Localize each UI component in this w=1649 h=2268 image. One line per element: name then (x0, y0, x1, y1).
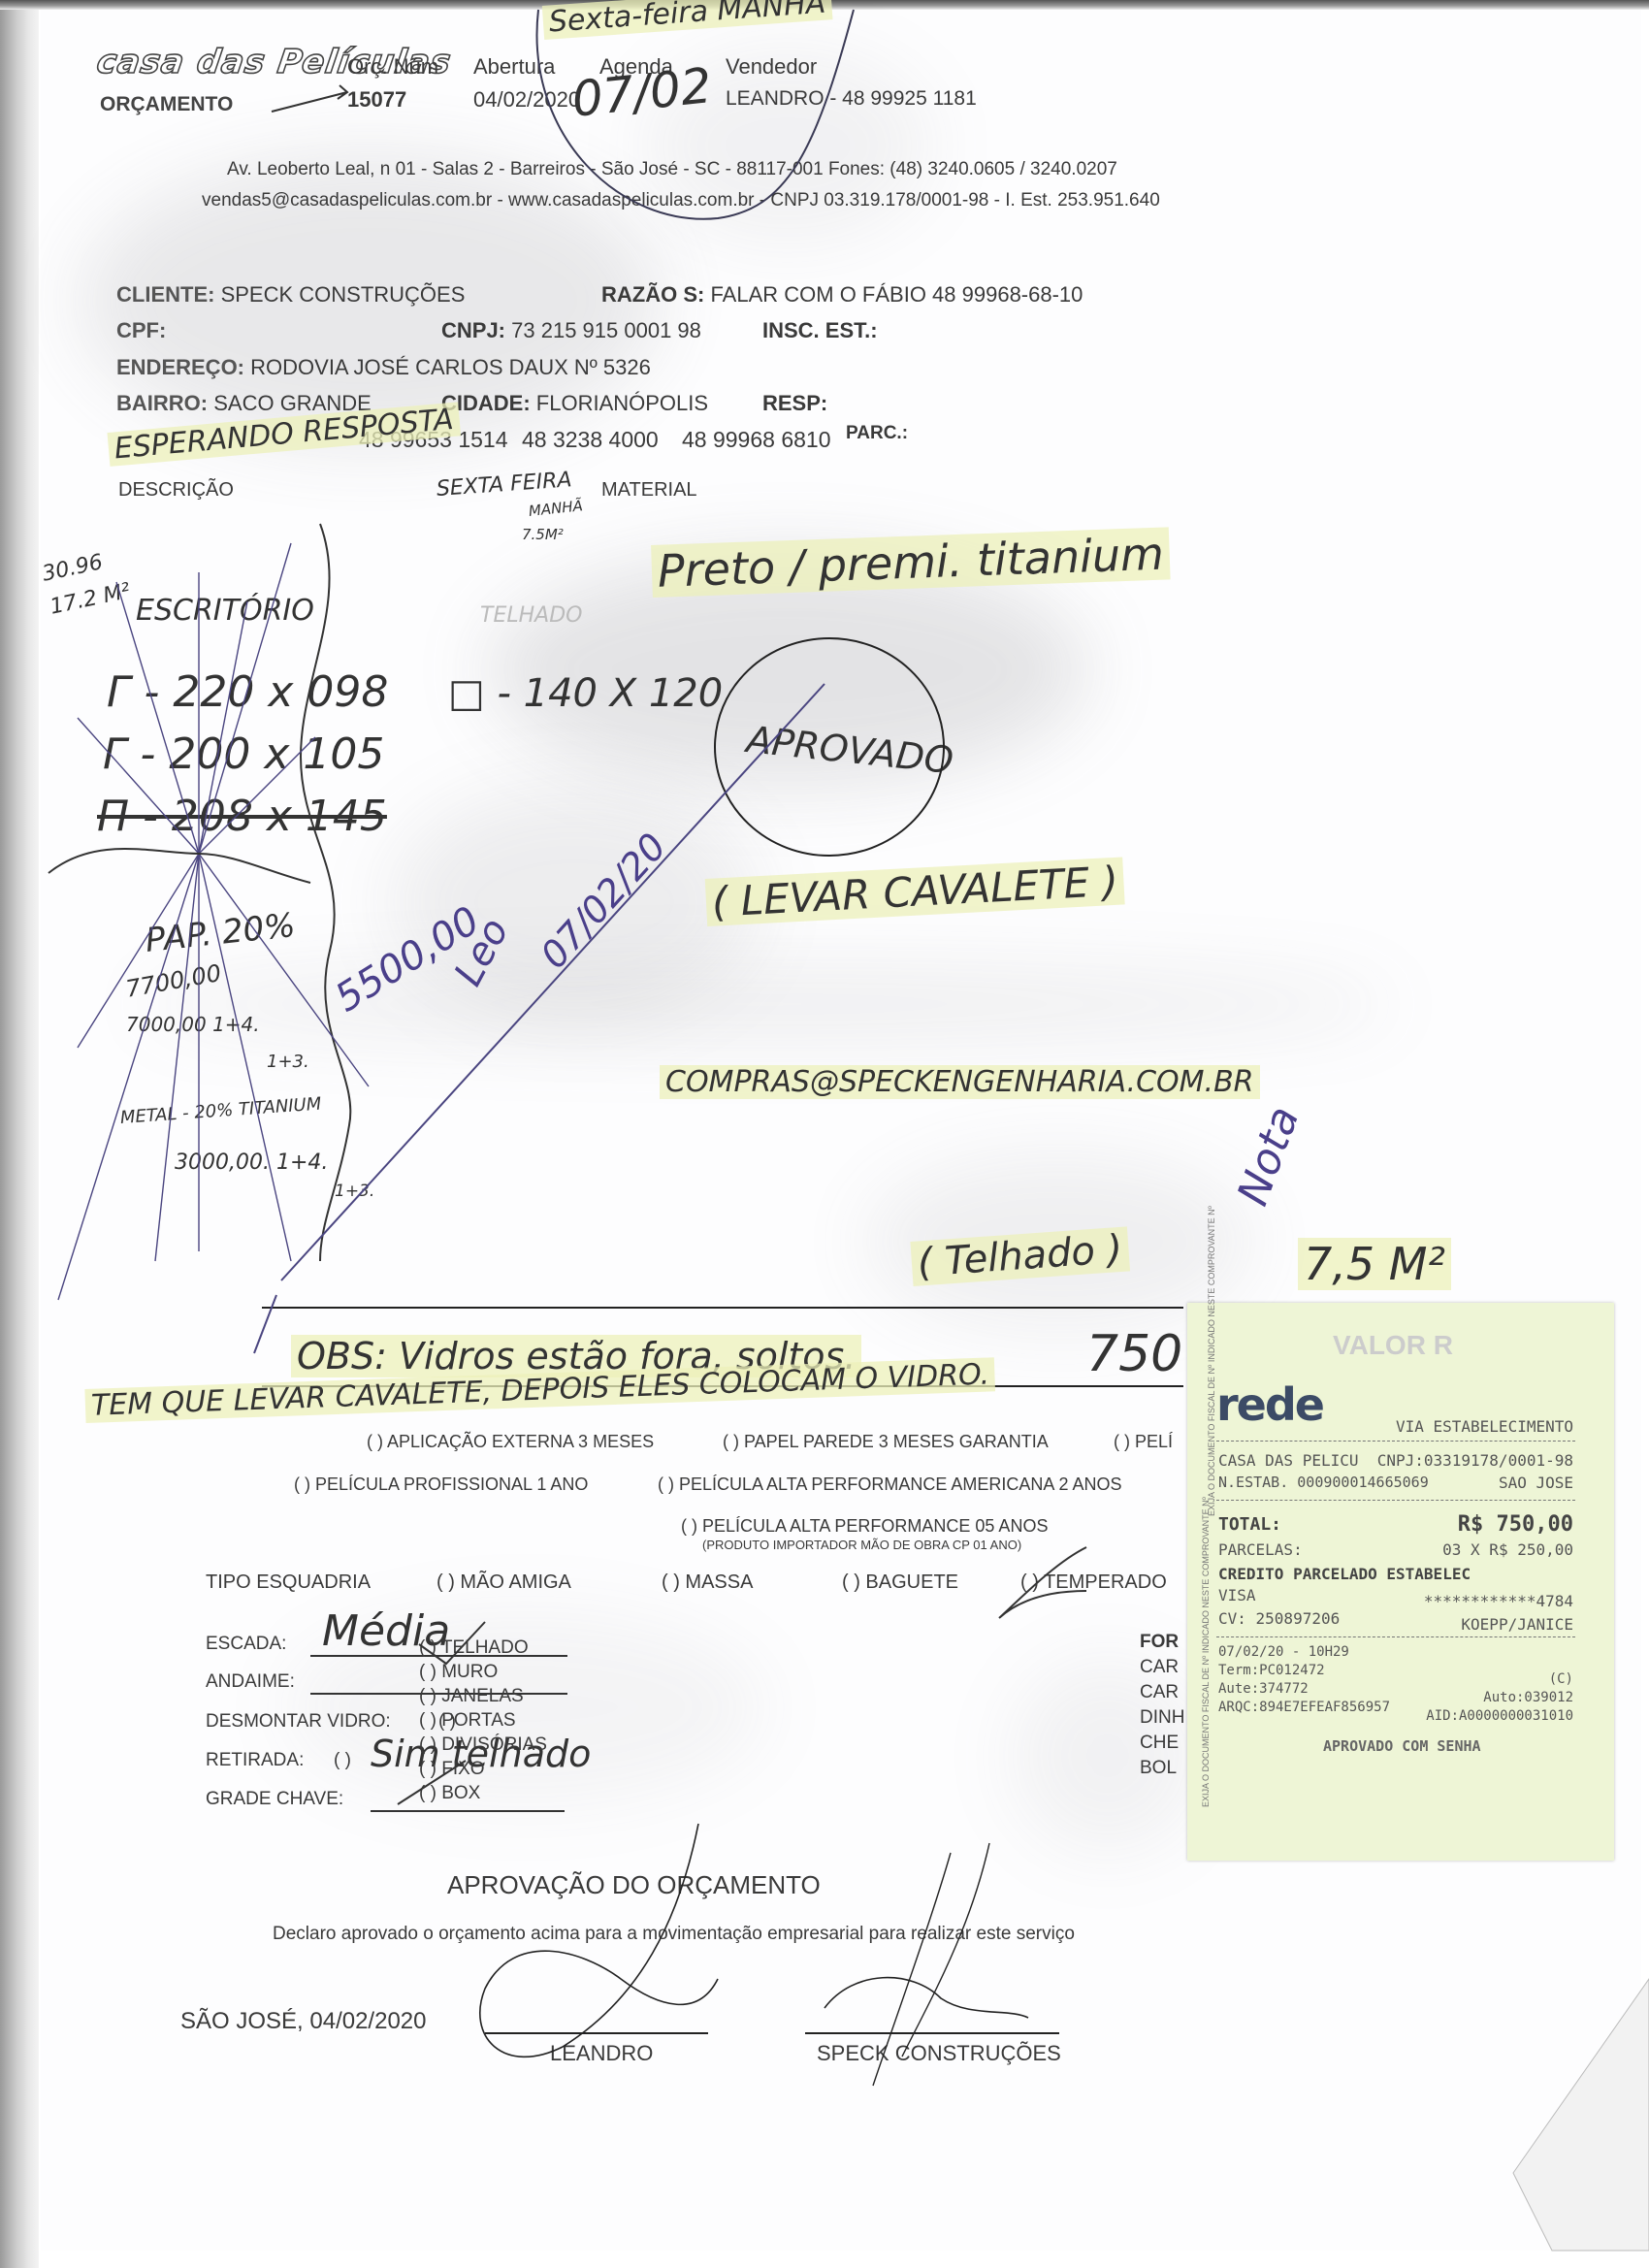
pen-strokes (0, 0, 1649, 2268)
